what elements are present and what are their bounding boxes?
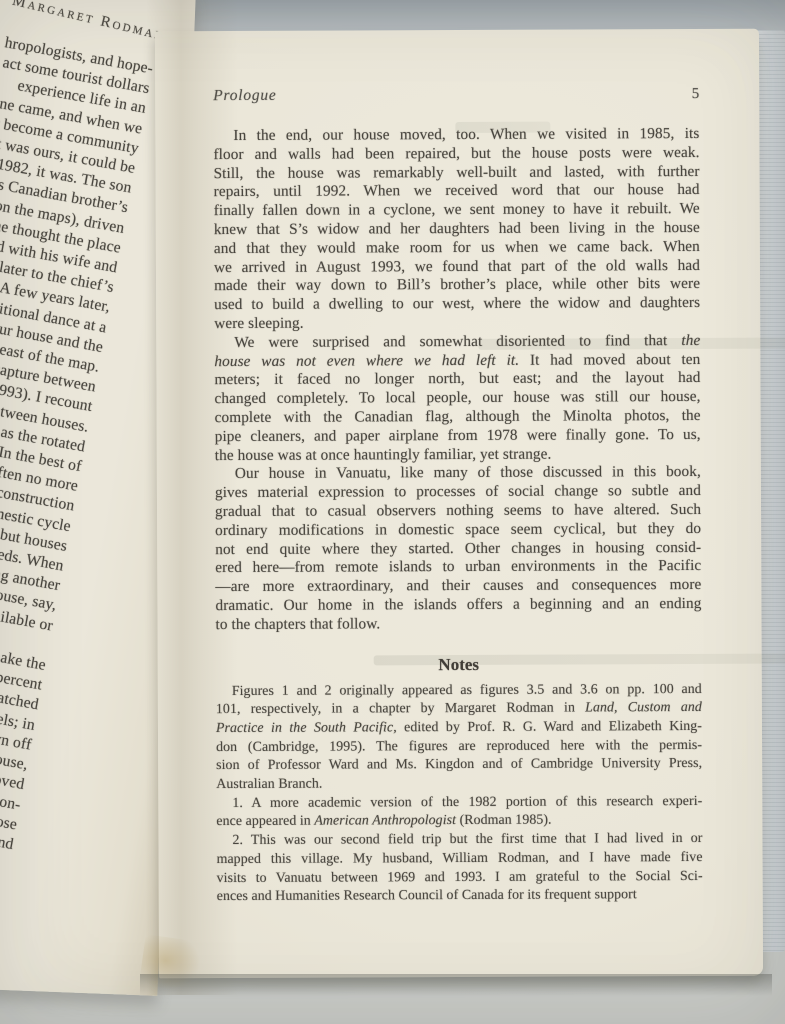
- paragraph: 1. A more academic version of the 1982 p…: [216, 793, 702, 833]
- paragraph: Our house in Vanuatu, like many of those…: [215, 463, 702, 634]
- text-line: ences and Humanities Research Council of…: [217, 886, 703, 907]
- paragraph: 2. This was our second field trip but th…: [216, 830, 702, 907]
- paragraph: We were surprised and somewhat disorient…: [214, 332, 701, 466]
- text-line: In the end, our house moved, too. When w…: [213, 125, 699, 146]
- text-line: were sleeping.: [214, 313, 700, 334]
- text-line: pipe cleaners, and paper airplane from 1…: [215, 426, 701, 447]
- left-page-lines: hropologists, and hope-act some tourist …: [0, 19, 155, 855]
- body-paragraphs: In the end, our house moved, too. When w…: [213, 125, 701, 635]
- text-line: don (Cambridge, 1995). The figures are r…: [216, 737, 702, 758]
- text-line: we arrived in August 1993, we found that…: [214, 257, 700, 278]
- text-line: complete with the Canadian flag, althoug…: [215, 407, 701, 428]
- text-line: Our house in Vanuatu, like many of those…: [215, 463, 701, 484]
- text-line: —are more extraordinary, and their cause…: [215, 576, 701, 597]
- right-running-header: Prologue: [213, 87, 276, 105]
- left-page-text-block: Margaret Rodman hropologists, and hope-a…: [0, 0, 160, 855]
- text-line: to the chapters that follow.: [215, 614, 701, 635]
- text-line: 1. A more academic version of the 1982 p…: [216, 793, 702, 814]
- right-page-body: In the end, our house moved, too. When w…: [213, 125, 702, 907]
- text-line: ordinary modifications in domestic space…: [215, 520, 701, 541]
- text-line: We were surprised and somewhat disorient…: [214, 332, 700, 353]
- text-line: Figures 1 and 2 originally appeared as f…: [216, 680, 702, 701]
- text-line: made their way down to Bill’s brother’s …: [214, 275, 700, 296]
- page-number: 5: [692, 86, 700, 103]
- text-line: 2. This was our second field trip but th…: [216, 830, 702, 851]
- paragraph: In the end, our house moved, too. When w…: [213, 125, 700, 334]
- text-line: gives material expression to processes o…: [215, 482, 701, 503]
- text-line: ered here—from remote islands to urban e…: [215, 557, 701, 578]
- paragraph: Figures 1 and 2 originally appeared as f…: [216, 680, 702, 794]
- text-line: house was not even where we had left it.…: [214, 351, 700, 372]
- text-line: knew that S’s widow and her daughters ha…: [214, 219, 700, 240]
- text-line: 101, respectively, in a chapter by Marga…: [216, 699, 702, 720]
- text-line: finally fallen down in a cyclone, we sen…: [214, 200, 700, 221]
- text-line: the house was at once hauntingly familia…: [215, 444, 701, 465]
- text-line: ence appeared in American Anthropologist…: [216, 811, 702, 832]
- text-line: mapped this village. My husband, William…: [217, 849, 703, 870]
- text-line: meters; it faced no longer north, but ea…: [214, 369, 700, 390]
- notes-paragraphs: Figures 1 and 2 originally appeared as f…: [216, 680, 703, 907]
- text-line: gradual that to casual observers nothing…: [215, 501, 701, 522]
- right-page: Prologue 5 In the end, our house moved, …: [155, 29, 763, 979]
- text-line: and that they would make room for us whe…: [214, 238, 700, 259]
- text-line: Practice in the South Pacific, edited by…: [216, 718, 702, 739]
- notes-heading: Notes: [216, 653, 702, 675]
- text-line: Still, the house was remarkably well-bui…: [214, 163, 700, 184]
- text-line: Australian Branch.: [216, 774, 702, 795]
- text-line: changed completely. To local people, our…: [215, 388, 701, 409]
- text-line: dramatic. Our home in the islands offers…: [215, 595, 701, 616]
- text-line: sion of Professor Ward and Ms. Kingdon a…: [216, 755, 702, 776]
- text-line: used to build a dwelling to our west, wh…: [214, 294, 700, 315]
- text-line: visits to Vanuatu between 1969 and 1993.…: [217, 867, 703, 888]
- text-line: not end quite where they started. Other …: [215, 538, 701, 559]
- text-line: floor and walls had been repaired, but t…: [213, 144, 699, 165]
- text-line: repairs, until 1992. When we received wo…: [214, 181, 700, 202]
- right-page-header-row: Prologue 5: [213, 85, 699, 105]
- photo-open-book: Margaret Rodman hropologists, and hope-a…: [0, 0, 785, 1024]
